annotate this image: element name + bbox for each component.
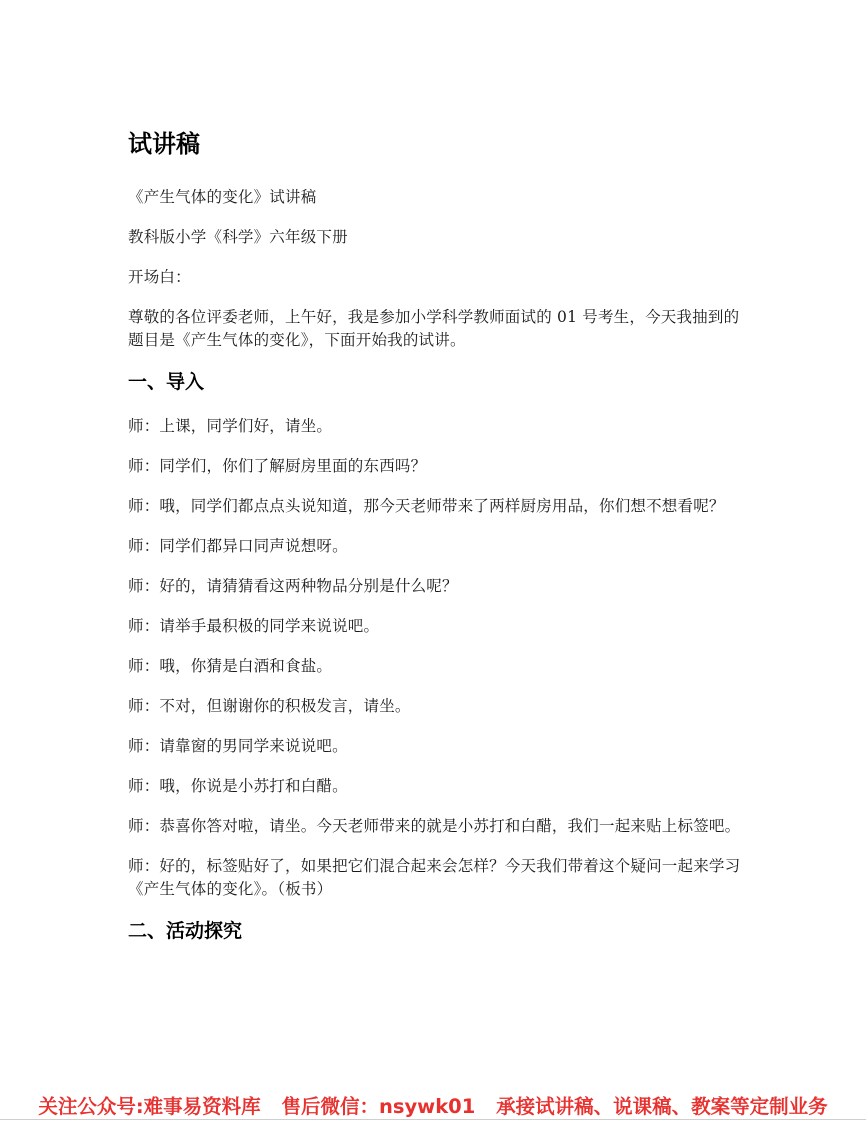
dialogue-line: 师：请举手最积极的同学来说说吧。 [128,615,743,638]
dialogue-line: 师：同学们，你们了解厨房里面的东西吗？ [128,455,743,478]
dialogue-line: 师：不对，但谢谢你的积极发言，请坐。 [128,695,743,718]
footer-account-text: 关注公众号:难事易资料库 [38,1095,260,1118]
dialogue-line: 师：上课，同学们好，请坐。 [128,415,743,438]
dialogue-line: 师：好的，请猜猜看这两种物品分别是什么呢？ [128,575,743,598]
footer-divider [0,1119,866,1120]
document-body: 《产生气体的变化》试讲稿 教科版小学《科学》六年级下册 开场白： 尊敬的各位评委… [128,186,743,964]
dialogue-line: 师：同学们都异口同声说想呀。 [128,535,743,558]
dialogue-line: 师：好的，标签贴好了，如果把它们混合起来会怎样？今天我们带着这个疑问一起来学习《… [128,855,743,901]
dialogue-line: 师：哦，你说是小苏打和白醋。 [128,775,743,798]
document-title: 试讲稿 [128,128,200,160]
footer-watermark-banner: 关注公众号:难事易资料库 售后微信：nsywk01 承接试讲稿、说课稿、教案等定… [0,1092,866,1122]
lesson-title-line: 《产生气体的变化》试讲稿 [128,186,743,209]
section-heading-activity: 二、活动探究 [128,918,743,944]
footer-wechat-text: 售后微信：nsywk01 [281,1095,475,1118]
dialogue-line: 师：恭喜你答对啦，请坐。今天老师带来的就是小苏打和白醋，我们一起来贴上标签吧。 [128,815,743,838]
textbook-line: 教科版小学《科学》六年级下册 [128,226,743,249]
dialogue-line: 师：请靠窗的男同学来说说吧。 [128,735,743,758]
footer-service-text: 承接试讲稿、说课稿、教案等定制业务 [496,1095,828,1118]
section-heading-introduction: 一、导入 [128,369,743,395]
dialogue-line: 师：哦，你猜是白酒和食盐。 [128,655,743,678]
dialogue-line: 师：哦，同学们都点点头说知道，那今天老师带来了两样厨房用品，你们想不想看呢？ [128,495,743,518]
opening-label: 开场白： [128,266,743,289]
opening-paragraph: 尊敬的各位评委老师，上午好，我是参加小学科学教师面试的 01 号考生，今天我抽到… [128,306,743,352]
